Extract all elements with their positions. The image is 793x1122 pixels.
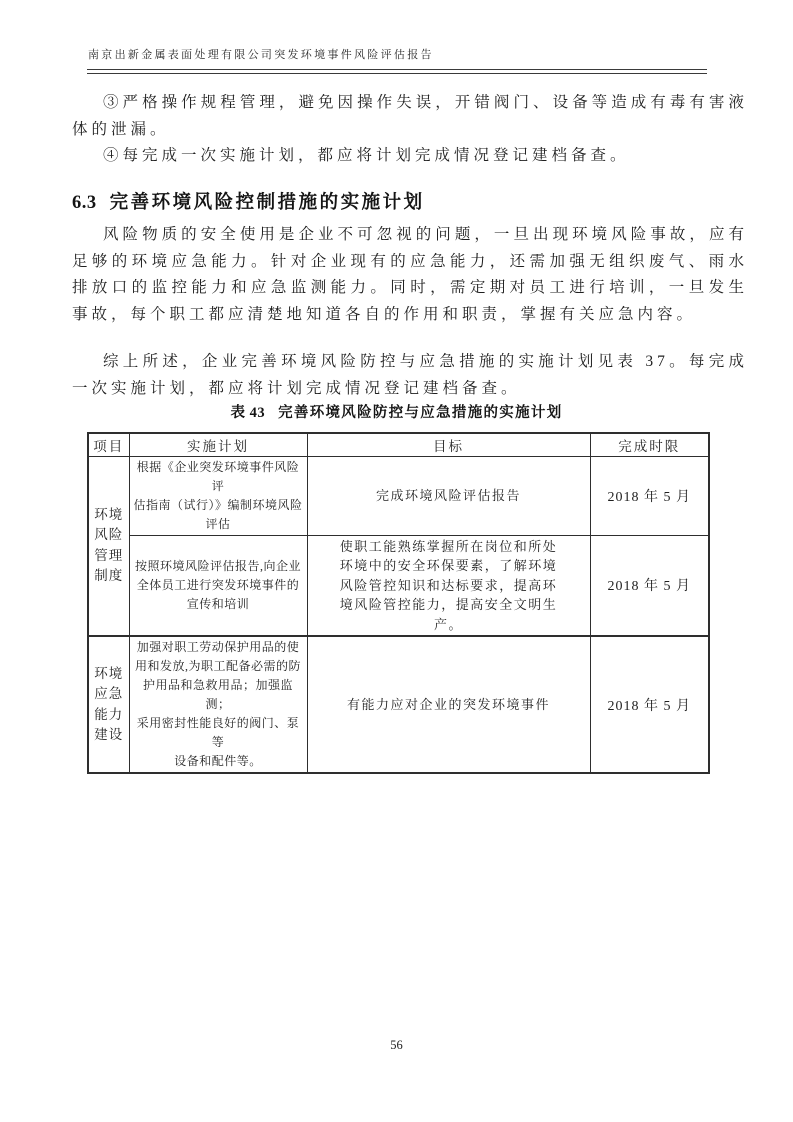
goal-cell: 完成环境风险评估报告 bbox=[307, 456, 590, 535]
document-page: 南京出新金属表面处理有限公司突发环境事件风险评估报告 ③严格操作规程管理，避免因… bbox=[0, 0, 793, 1122]
body-paragraph-1: 风险物质的安全使用是企业不可忽视的问题，一旦出现环境风险事故，应有足够的环境应急… bbox=[72, 222, 748, 328]
plan-cell: 按照环境风险评估报告,向企业 全体员工进行突发环境事件的 宣传和培训 bbox=[129, 535, 307, 636]
col-header-item: 项目 bbox=[88, 433, 129, 456]
table-caption-label: 表 43 bbox=[230, 405, 265, 421]
col-header-goal: 目标 bbox=[307, 433, 590, 456]
page-number: 56 bbox=[0, 1038, 793, 1053]
col-header-plan: 实施计划 bbox=[129, 433, 307, 456]
goal-cell: 使职工能熟练掌握所在岗位和所处 环境中的安全环保要素，了解环境 风险管控知识和达… bbox=[307, 535, 590, 636]
goal-cell: 有能力应对企业的突发环境事件 bbox=[307, 636, 590, 773]
col-header-deadline: 完成时限 bbox=[590, 433, 709, 456]
section-number: 6.3 bbox=[72, 193, 97, 213]
body-paragraph-2: 综上所述，企业完善环境风险防控与应急措施的实施计划见表 37。每完成一次实施计划… bbox=[72, 349, 748, 402]
category-cell: 环境 风险 管理 制度 bbox=[88, 456, 129, 636]
table-header-row: 项目 实施计划 目标 完成时限 bbox=[88, 433, 709, 456]
plan-cell: 根据《企业突发环境事件风险评 估指南（试行）》编制环境风险 评估 bbox=[129, 456, 307, 535]
list-item-4: ④每完成一次实施计划，都应将计划完成情况登记建档备查。 bbox=[72, 143, 748, 170]
plan-cell: 加强对职工劳动保护用品的使 用和发放,为职工配备必需的防 护用品和急救用品；加强… bbox=[129, 636, 307, 773]
deadline-cell: 2018 年 5 月 bbox=[590, 535, 709, 636]
header-divider-rule bbox=[87, 69, 707, 74]
section-title: 完善环境风险控制措施的实施计划 bbox=[110, 193, 425, 213]
category-cell: 环境 应急 能力 建设 bbox=[88, 636, 129, 773]
table-row: 按照环境风险评估报告,向企业 全体员工进行突发环境事件的 宣传和培训 使职工能熟… bbox=[88, 535, 709, 636]
table-row: 环境 风险 管理 制度 根据《企业突发环境事件风险评 估指南（试行）》编制环境风… bbox=[88, 456, 709, 535]
table-caption-title: 完善环境风险防控与应急措施的实施计划 bbox=[278, 405, 562, 421]
running-header-title: 南京出新金属表面处理有限公司突发环境事件风险评估报告 bbox=[88, 46, 434, 62]
table-caption: 表 43完善环境风险防控与应急措施的实施计划 bbox=[0, 401, 793, 422]
implementation-table-wrapper: 项目 实施计划 目标 完成时限 环境 风险 管理 制度 根据《企业突发环境事件风… bbox=[87, 432, 710, 774]
table-row: 环境 应急 能力 建设 加强对职工劳动保护用品的使 用和发放,为职工配备必需的防… bbox=[88, 636, 709, 773]
deadline-cell: 2018 年 5 月 bbox=[590, 456, 709, 535]
section-heading: 6.3完善环境风险控制措施的实施计划 bbox=[72, 188, 425, 214]
implementation-plan-table: 项目 实施计划 目标 完成时限 环境 风险 管理 制度 根据《企业突发环境事件风… bbox=[87, 432, 710, 774]
deadline-cell: 2018 年 5 月 bbox=[590, 636, 709, 773]
list-item-3: ③严格操作规程管理，避免因操作失误，开错阀门、设备等造成有毒有害液体的泄漏。 bbox=[72, 90, 748, 143]
